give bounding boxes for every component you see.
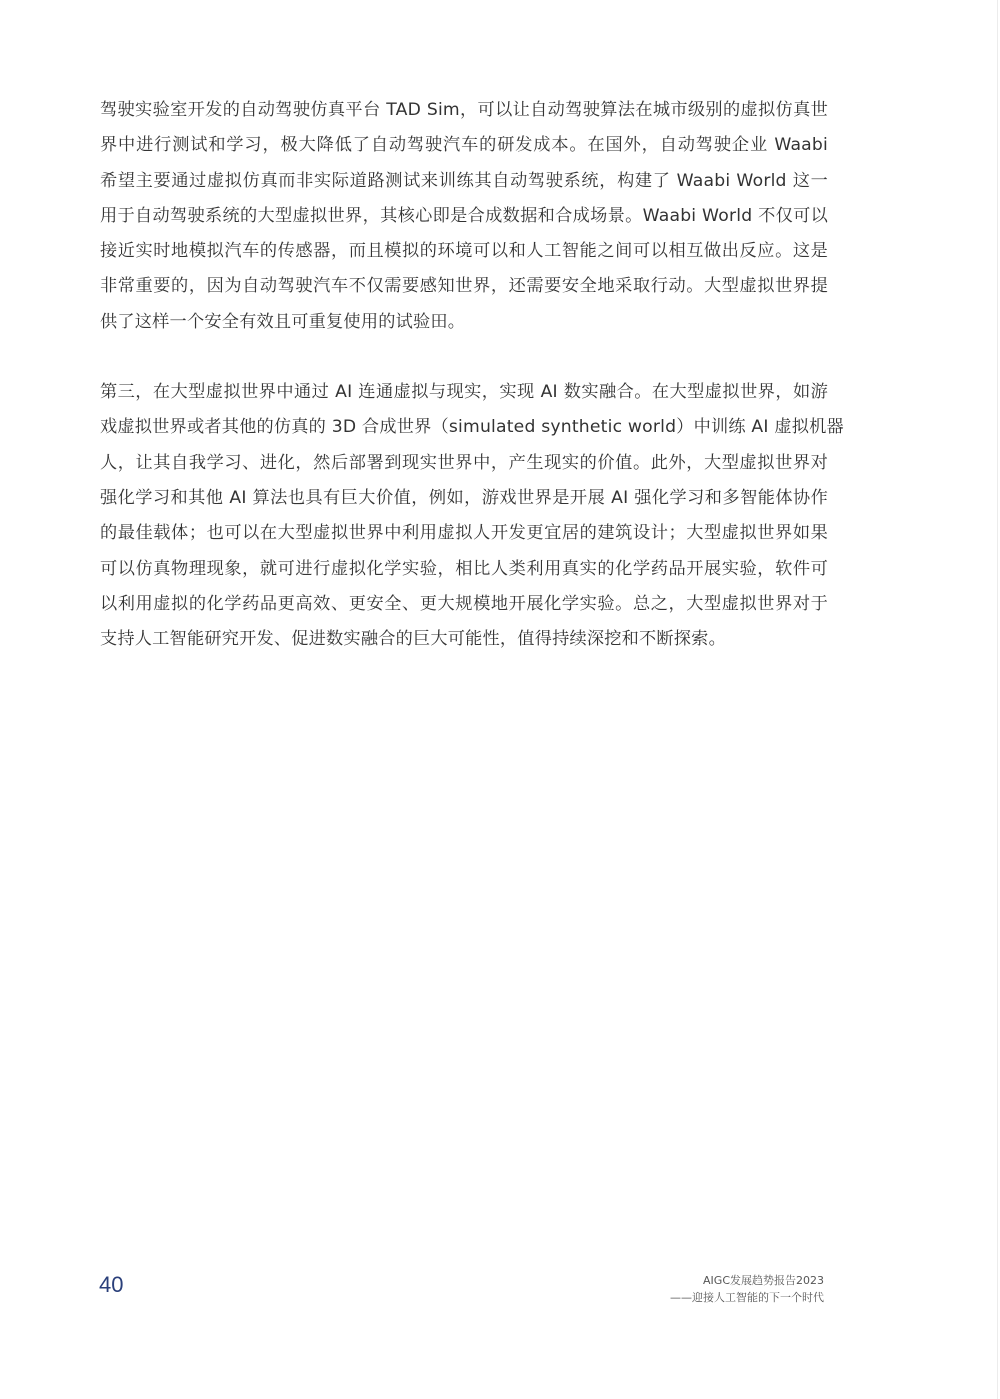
paragraph-waabi-world: 驾驶实验室开发的自动驾驶仿真平台 TAD Sim，可以让自动驾驶算法在城市级别的…: [100, 93, 828, 340]
document-body: 驾驶实验室开发的自动驾驶仿真平台 TAD Sim，可以让自动驾驶算法在城市级别的…: [100, 93, 828, 657]
page-number: 40: [99, 1272, 123, 1298]
text-line: 第三，在大型虚拟世界中通过 AI 连通虚拟与现实，实现 AI 数实融合。在大型虚…: [100, 375, 828, 410]
text-line: 驾驶实验室开发的自动驾驶仿真平台 TAD Sim，可以让自动驾驶算法在城市级别的…: [100, 93, 828, 128]
text-line: 可以仿真物理现象，就可进行虚拟化学实验，相比人类利用真实的化学药品开展实验，软件…: [100, 552, 828, 587]
text-line: 强化学习和其他 AI 算法也具有巨大价值，例如，游戏世界是开展 AI 强化学习和…: [100, 481, 828, 516]
text-line: 非常重要的，因为自动驾驶汽车不仅需要感知世界，还需要安全地采取行动。大型虚拟世界…: [100, 269, 828, 304]
text-line: 戏虚拟世界或者其他的仿真的 3D 合成世界（simulated syntheti…: [100, 410, 828, 445]
text-line: 的最佳载体；也可以在大型虚拟世界中利用虚拟人开发更宜居的建筑设计；大型虚拟世界如…: [100, 516, 828, 551]
text-line: 接近实时地模拟汽车的传感器，而且模拟的环境可以和人工智能之间可以相互做出反应。这…: [100, 234, 828, 269]
text-line: 用于自动驾驶系统的大型虚拟世界，其核心即是合成数据和合成场景。Waabi Wor…: [100, 199, 828, 234]
text-line: 支持人工智能研究开发、促进数实融合的巨大可能性，值得持续深挖和不断探索。: [100, 622, 828, 657]
text-line: 人，让其自我学习、进化，然后部署到现实世界中，产生现实的价值。此外，大型虚拟世界…: [100, 446, 828, 481]
report-subtitle: ——迎接人工智能的下一个时代: [670, 1289, 824, 1306]
report-title: AIGC发展趋势报告2023: [670, 1272, 824, 1289]
paragraph-third-point-ai-fusion: 第三，在大型虚拟世界中通过 AI 连通虚拟与现实，实现 AI 数实融合。在大型虚…: [100, 375, 828, 657]
text-line: 供了这样一个安全有效且可重复使用的试验田。: [100, 305, 828, 340]
text-line: 以利用虚拟的化学药品更高效、更安全、更大规模地开展化学实验。总之，大型虚拟世界对…: [100, 587, 828, 622]
text-line: 希望主要通过虚拟仿真而非实际道路测试来训练其自动驾驶系统，构建了 Waabi W…: [100, 164, 828, 199]
running-footer: AIGC发展趋势报告2023 ——迎接人工智能的下一个时代: [670, 1272, 824, 1306]
text-line: 界中进行测试和学习，极大降低了自动驾驶汽车的研发成本。在国外，自动驾驶企业 Wa…: [100, 128, 828, 163]
page-edge-divider: [997, 0, 998, 1399]
